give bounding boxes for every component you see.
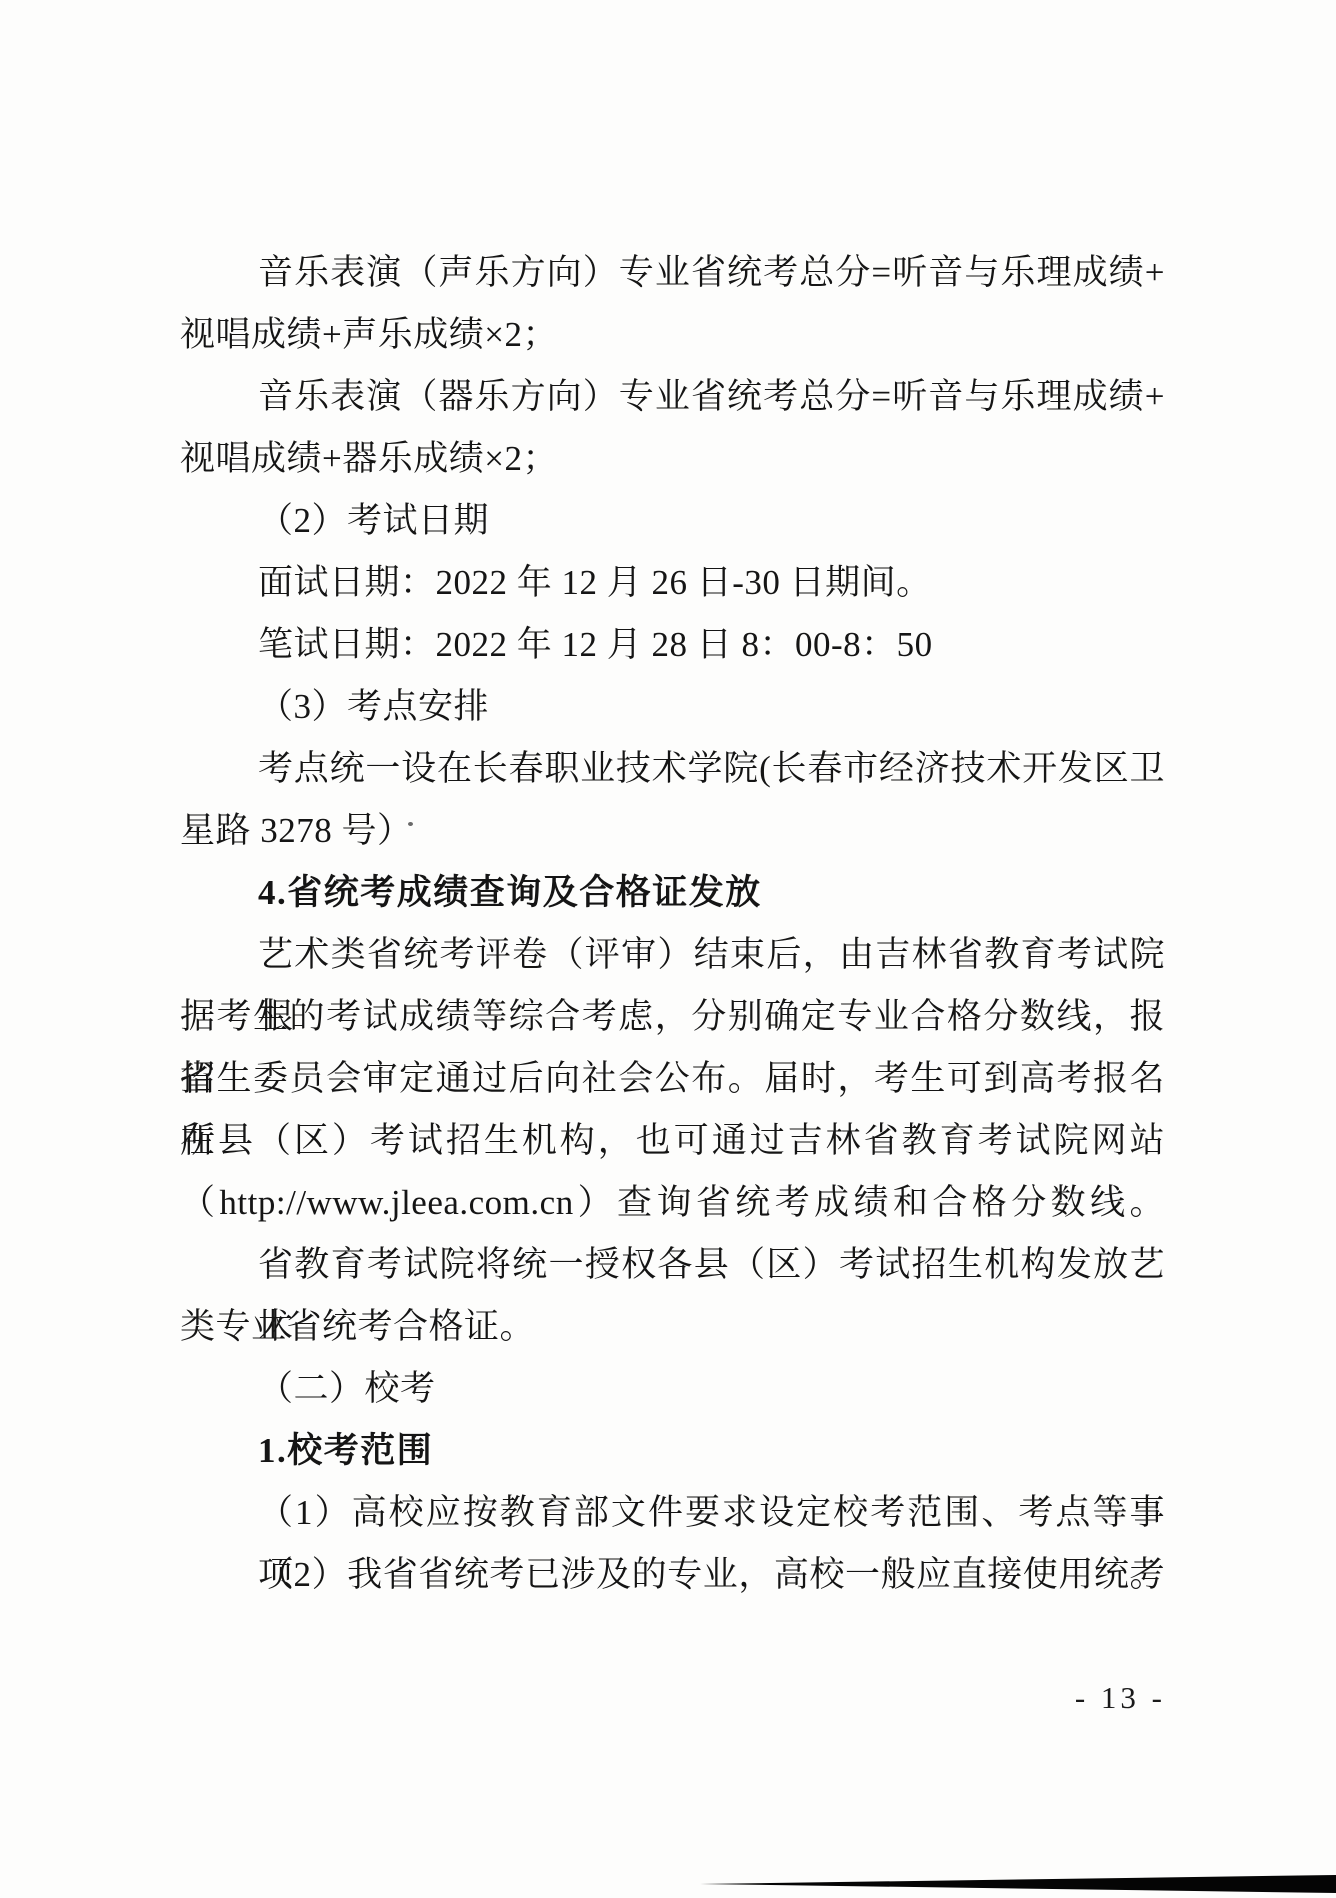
text-line: （2）我省省统考已涉及的专业，高校一般应直接使用统考 — [180, 1544, 1165, 1606]
text-line: 艺术类省统考评卷（评审）结束后，由吉林省教育考试院根 — [180, 924, 1165, 986]
scan-shadow-wedge — [700, 1873, 1336, 1895]
text-line: （3）考点安排 — [180, 676, 1165, 738]
text-line: （二）校考 — [180, 1358, 1165, 1420]
text-line: 音乐表演（声乐方向）专业省统考总分=听音与乐理成绩+ — [180, 242, 1165, 304]
text-line: 笔试日期：2022 年 12 月 28 日 8：00-8：50 — [180, 614, 1165, 676]
document-text-block: 音乐表演（声乐方向）专业省统考总分=听音与乐理成绩+视唱成绩+声乐成绩×2；音乐… — [180, 242, 1165, 1606]
text-line: 招生委员会审定通过后向社会公布。届时，考生可到高考报名所 — [180, 1048, 1165, 1110]
page-number: - 13 - — [1075, 1680, 1166, 1716]
text-line: 考点统一设在长春职业技术学院(长春市经济技术开发区卫 — [180, 738, 1165, 800]
text-line: 据考生的考试成绩等综合考虑，分别确定专业合格分数线，报省 — [180, 986, 1165, 1048]
text-line: （2）考试日期 — [180, 490, 1165, 552]
text-line: 1.校考范围 — [180, 1420, 1165, 1482]
text-line: 4.省统考成绩查询及合格证发放 — [180, 862, 1165, 924]
text-line: 类专业省统考合格证。 — [180, 1296, 1165, 1358]
text-line: 视唱成绩+声乐成绩×2； — [180, 304, 1165, 366]
text-line: 面试日期：2022 年 12 月 26 日-30 日期间。 — [180, 552, 1165, 614]
text-line: 音乐表演（器乐方向）专业省统考总分=听音与乐理成绩+ — [180, 366, 1165, 428]
scan-artifact-dot — [408, 822, 413, 826]
scan-shadow-wedge-shape — [700, 1875, 1336, 1893]
text-line: 视唱成绩+器乐成绩×2； — [180, 428, 1165, 490]
text-line: 在县（区）考试招生机构，也可通过吉林省教育考试院网站 — [180, 1110, 1165, 1172]
text-line: 省教育考试院将统一授权各县（区）考试招生机构发放艺术 — [180, 1234, 1165, 1296]
text-line: （1）高校应按教育部文件要求设定校考范围、考点等事项。 — [180, 1482, 1165, 1544]
text-line: 星路 3278 号） — [180, 800, 1165, 862]
document-page: 音乐表演（声乐方向）专业省统考总分=听音与乐理成绩+视唱成绩+声乐成绩×2；音乐… — [0, 0, 1336, 1898]
text-line: （http://www.jleea.com.cn）查询省统考成绩和合格分数线。 — [180, 1172, 1165, 1234]
